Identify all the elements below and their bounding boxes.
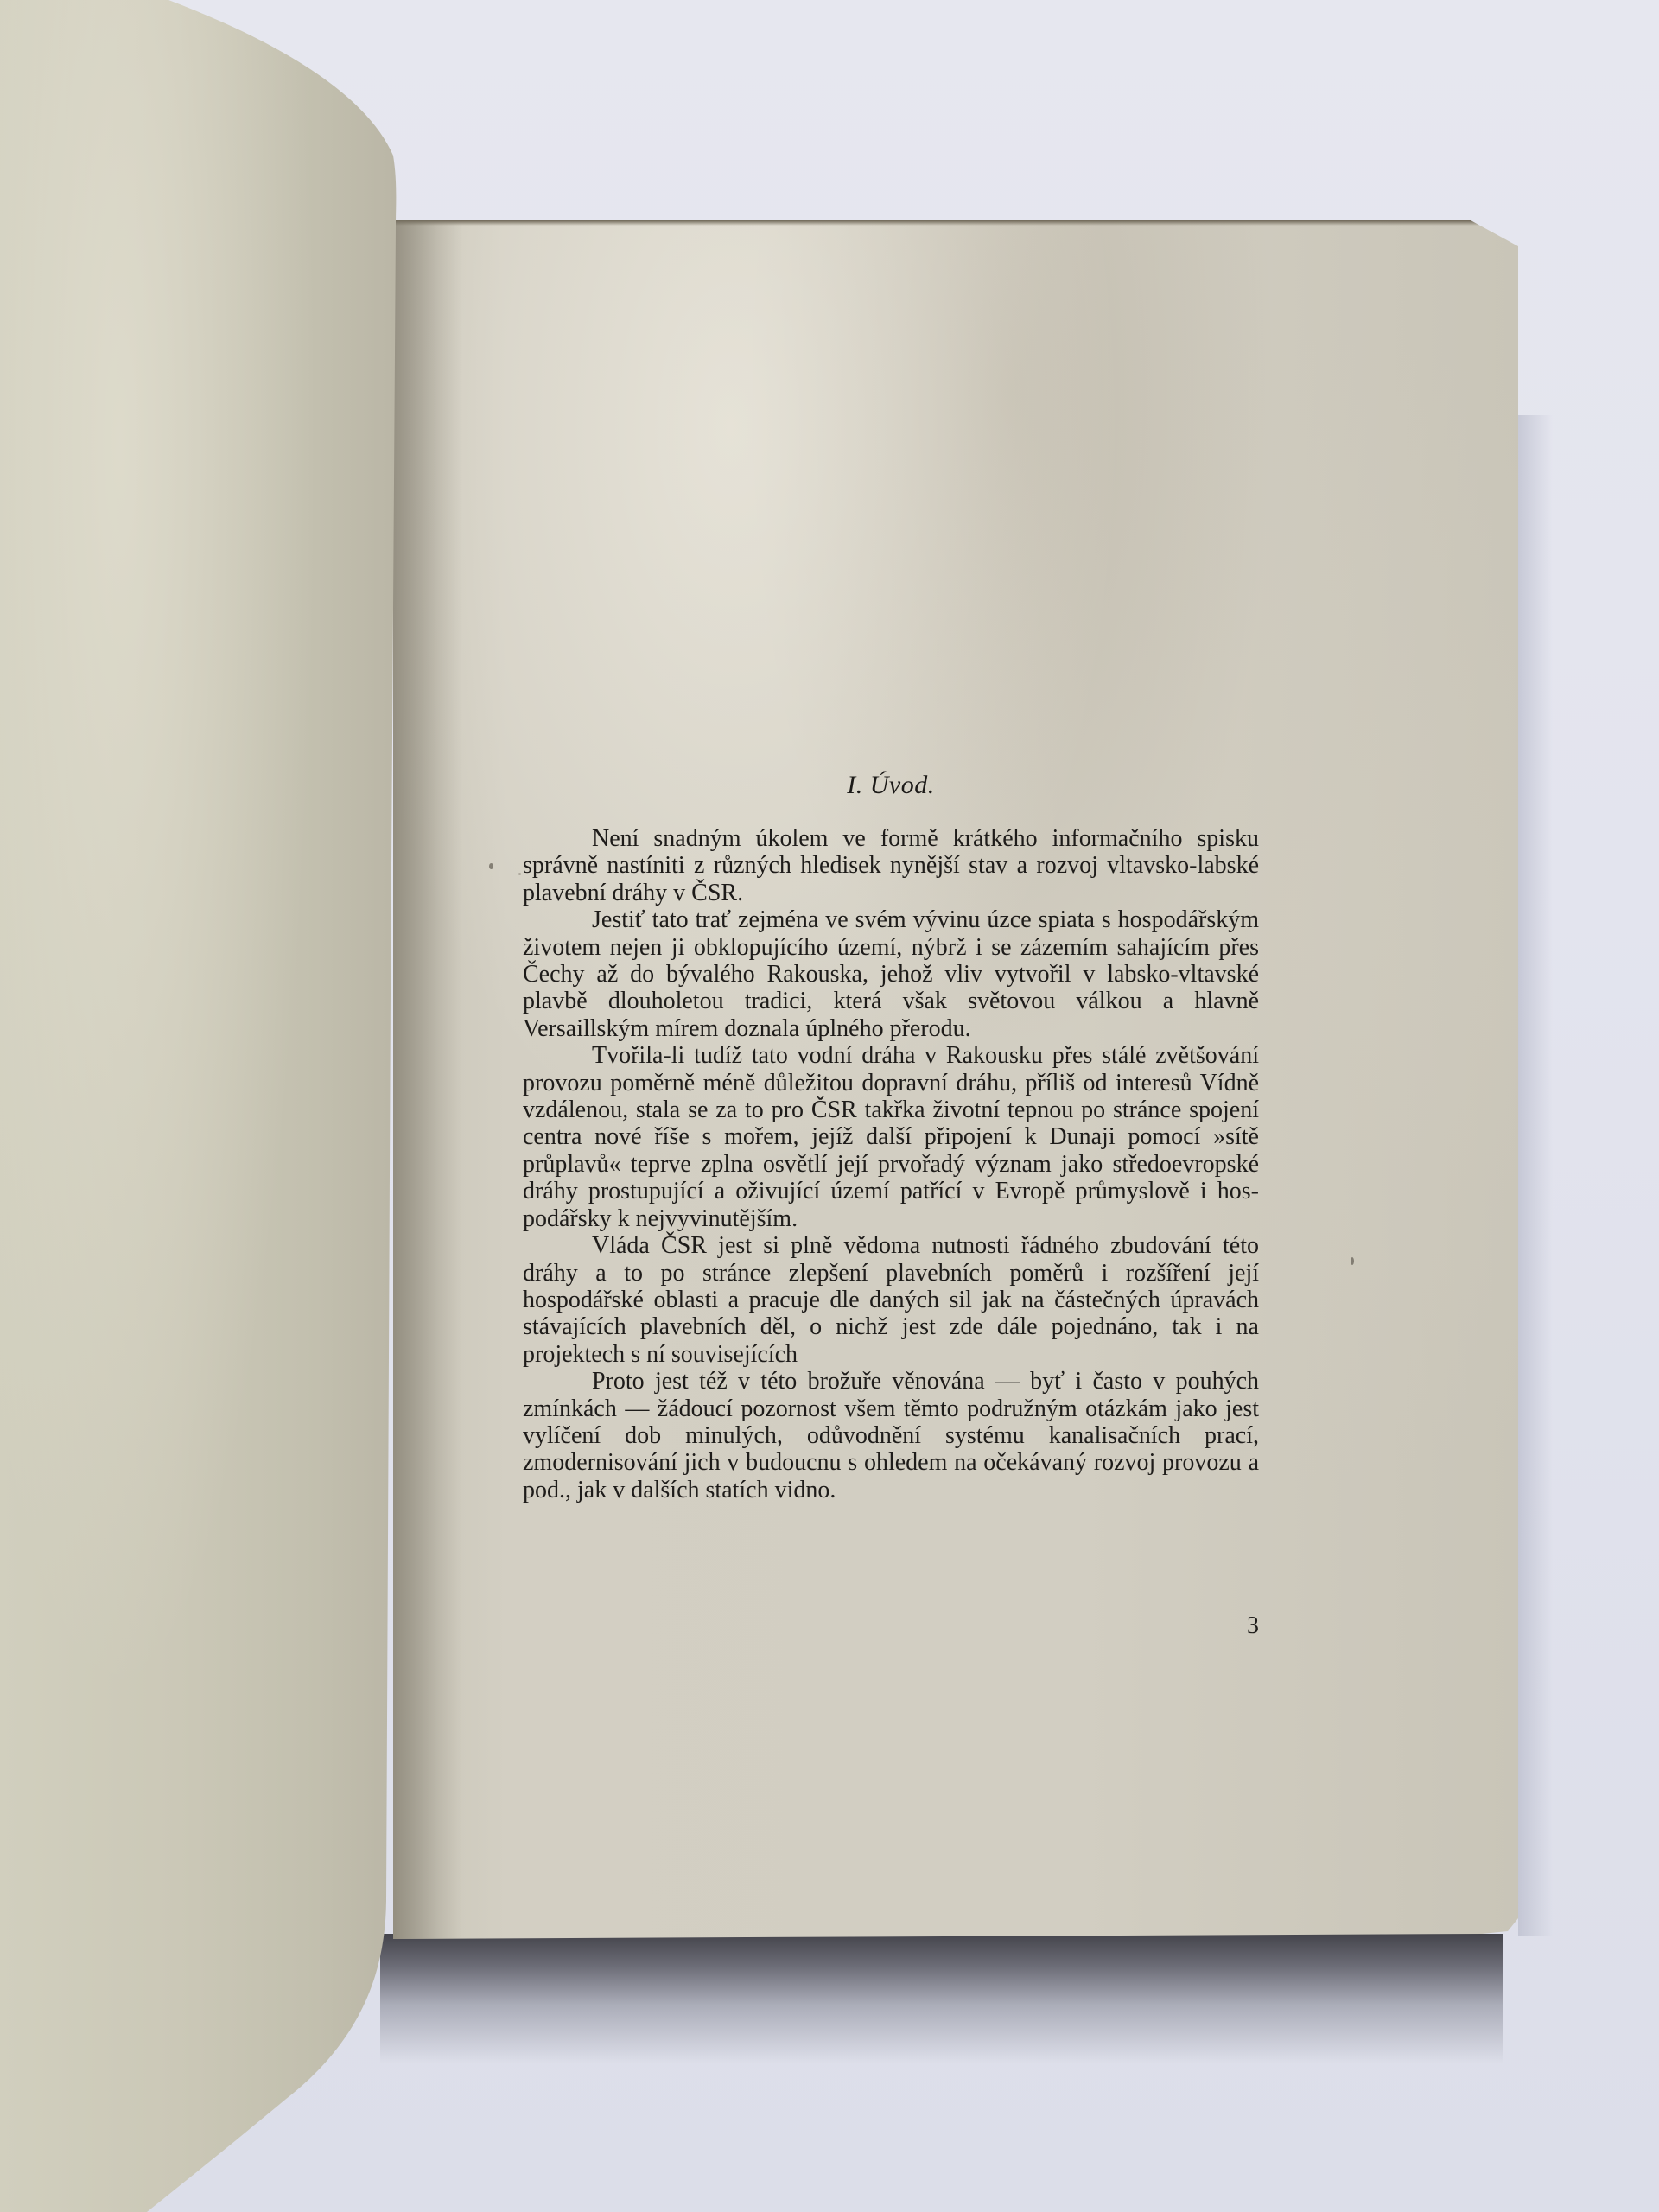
body-text: Není snadným úkolem ve formě krátkého in… bbox=[523, 825, 1259, 1503]
page-number: 3 bbox=[1247, 1612, 1259, 1640]
left-page-curl bbox=[0, 0, 397, 2212]
paragraph-2: Jestiť tato trať zejména ve svém vývinu … bbox=[523, 906, 1259, 1042]
page-shadow bbox=[380, 1934, 1503, 2063]
page-edge-shadow bbox=[1518, 415, 1553, 1935]
paragraph-4: Vláda ČSR jest si plně vědoma nutnosti ř… bbox=[523, 1232, 1259, 1368]
paragraph-1: Není snadným úkolem ve formě krátkého in… bbox=[523, 825, 1259, 906]
paper-spot bbox=[518, 873, 521, 875]
paper-spot bbox=[489, 863, 493, 869]
chapter-heading: I. Úvod. bbox=[523, 771, 1259, 800]
page-top-edge bbox=[393, 220, 1518, 226]
gutter-shadow bbox=[393, 220, 462, 1939]
paper-spot bbox=[1351, 1257, 1354, 1265]
paragraph-5: Proto jest též v této brožuře věnována —… bbox=[523, 1368, 1259, 1503]
paragraph-3: Tvořila-li tudíž tato vodní dráha v Rako… bbox=[523, 1042, 1259, 1232]
